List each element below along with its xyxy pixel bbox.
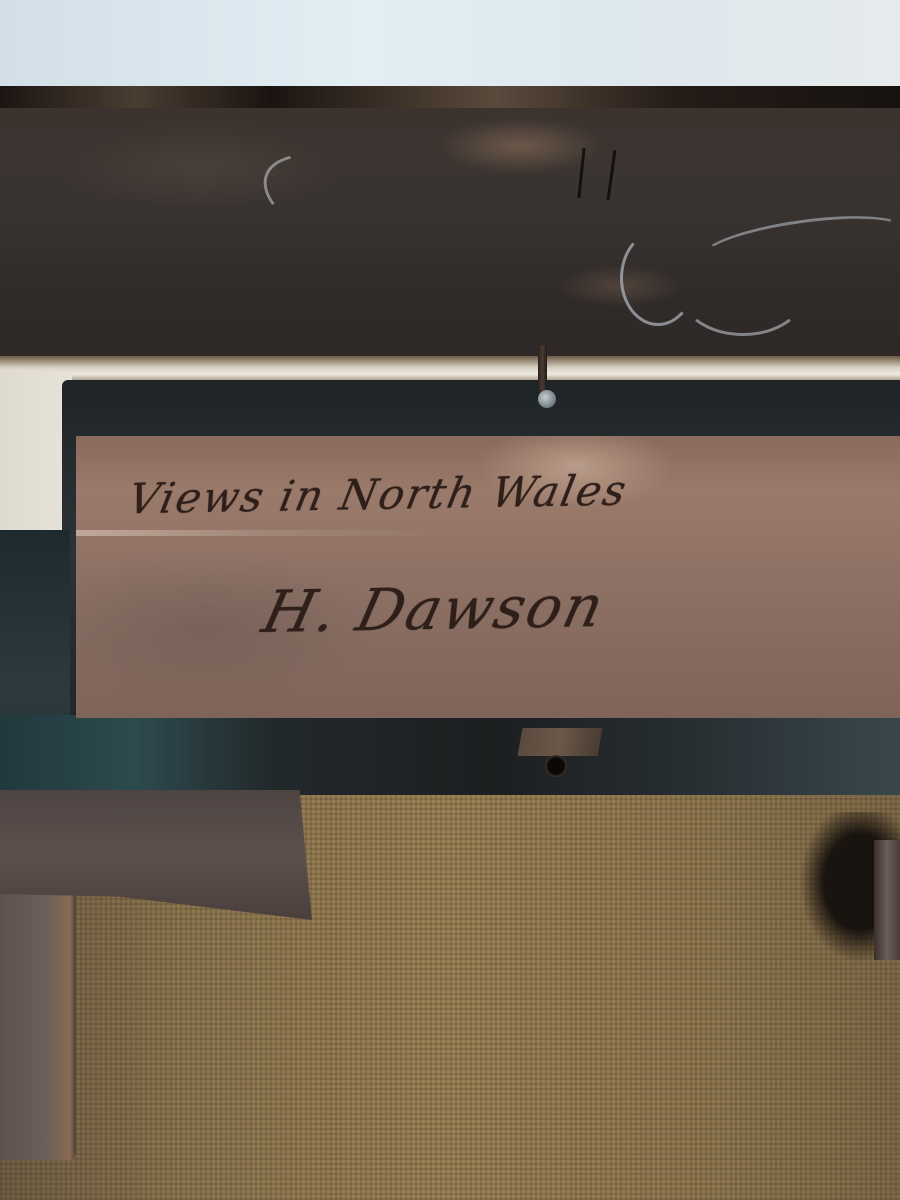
bottom-stretcher-rail [0,715,900,800]
wooden-key-right [874,840,900,960]
canvas-tacking-edge [0,356,900,382]
nail-head [538,390,556,408]
nail [538,345,547,395]
frame-top-edge [0,86,900,108]
background-wall [0,0,900,90]
label-artist: H. Dawson [256,572,611,646]
nail-hole [545,755,567,777]
paper-tear [76,530,456,536]
wood-chip [518,728,603,756]
wooden-key-vertical [0,880,76,1160]
label-title: Views in North Wales [124,466,632,524]
chalk-mark [680,250,806,336]
